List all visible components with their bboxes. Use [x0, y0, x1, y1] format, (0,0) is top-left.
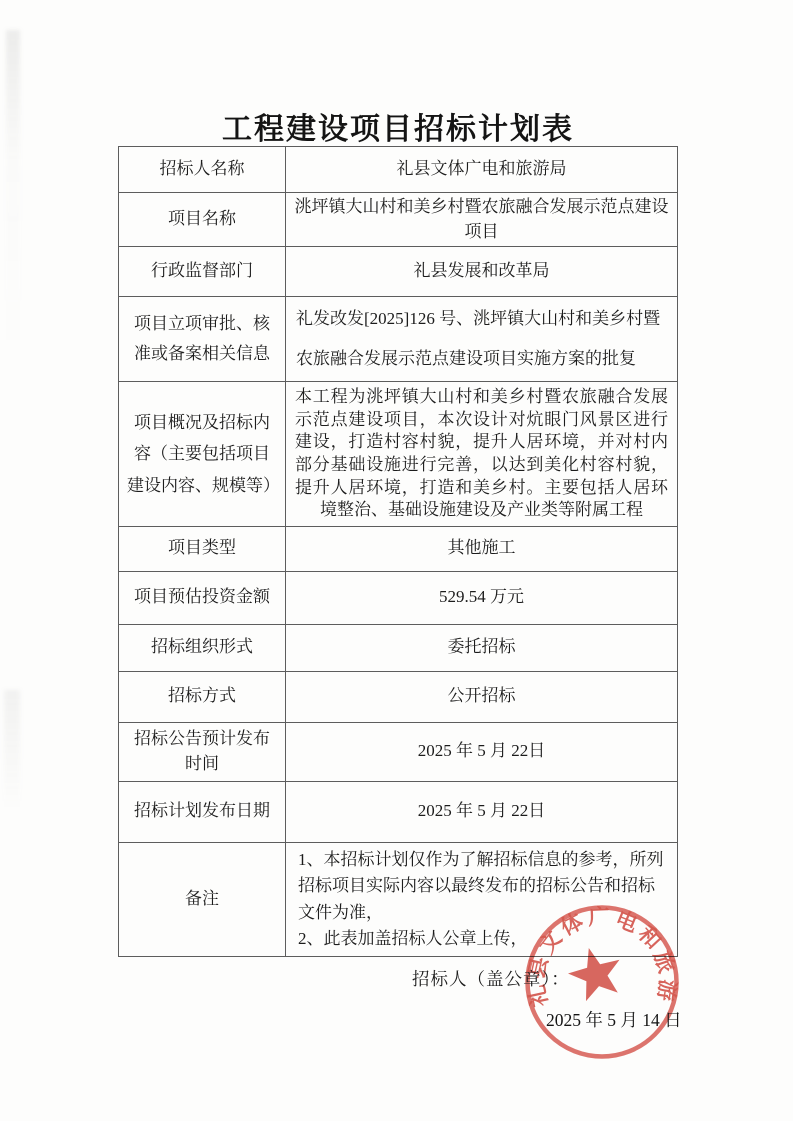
row-value: 礼发改发[2025]126 号、洮坪镇大山村和美乡村暨农旅融合发展示范点建设项目… [286, 297, 678, 382]
row-value: 其他施工 [286, 526, 678, 571]
row-label: 项目预估投资金额 [119, 571, 286, 624]
row-value: 委托招标 [286, 624, 678, 671]
table-row: 项目预估投资金额 529.54 万元 [119, 571, 678, 624]
document-title: 工程建设项目招标计划表 [118, 104, 678, 148]
row-label: 项目类型 [119, 526, 286, 571]
row-value: 2025 年 5 月 22日 [286, 781, 678, 842]
table-row: 行政监督部门 礼县发展和改革局 [119, 247, 678, 297]
row-label: 招标人名称 [119, 147, 286, 193]
row-label: 备注 [119, 842, 286, 956]
row-value: 2025 年 5 月 22日 [286, 722, 678, 781]
table-row: 招标计划发布日期 2025 年 5 月 22日 [119, 781, 678, 842]
seal-text: 礼县文体广电和旅游局 [523, 903, 681, 1009]
bidding-plan-table: 招标人名称 礼县文体广电和旅游局 项目名称 洮坪镇大山村和美乡村暨农旅融合发展示… [118, 146, 678, 957]
row-label: 招标组织形式 [119, 624, 286, 671]
table-row: 项目概况及招标内容（主要包括项目建设内容、规模等） 本工程为洮坪镇大山村和美乡村… [119, 382, 678, 527]
svg-text:礼县文体广电和旅游局: 礼县文体广电和旅游局 [523, 903, 681, 1009]
table-row: 招标组织形式 委托招标 [119, 624, 678, 671]
scan-edge-artifact [6, 30, 20, 360]
footer-date: 2025 年 5 月 14 日 [546, 1007, 682, 1032]
signer-label: 招标人（盖公章）： [412, 966, 570, 991]
table-row: 项目名称 洮坪镇大山村和美乡村暨农旅融合发展示范点建设项目 [119, 193, 678, 247]
row-value: 洮坪镇大山村和美乡村暨农旅融合发展示范点建设项目 [286, 193, 678, 247]
table-row: 招标人名称 礼县文体广电和旅游局 [119, 147, 678, 193]
table-row: 招标方式 公开招标 [119, 671, 678, 722]
row-label: 行政监督部门 [119, 247, 286, 297]
scanned-document-page: 工程建设项目招标计划表 招标人名称 礼县文体广电和旅游局 项目名称 洮坪镇大山村… [0, 0, 793, 1121]
row-value: 公开招标 [286, 671, 678, 722]
row-value: 529.54 万元 [286, 571, 678, 624]
scan-edge-artifact [4, 690, 20, 810]
table-row: 项目类型 其他施工 [119, 526, 678, 571]
row-label: 项目立项审批、核准或备案相关信息 [119, 297, 286, 382]
table-row: 项目立项审批、核准或备案相关信息 礼发改发[2025]126 号、洮坪镇大山村和… [119, 297, 678, 382]
row-label: 项目名称 [119, 193, 286, 247]
row-value: 礼县文体广电和旅游局 [286, 147, 678, 193]
row-label: 项目概况及招标内容（主要包括项目建设内容、规模等） [119, 382, 286, 527]
row-label: 招标方式 [119, 671, 286, 722]
table-row: 招标公告预计发布时间 2025 年 5 月 22日 [119, 722, 678, 781]
row-label: 招标计划发布日期 [119, 781, 286, 842]
seal-star-icon [568, 948, 620, 1001]
row-value: 礼县发展和改革局 [286, 247, 678, 297]
row-value: 本工程为洮坪镇大山村和美乡村暨农旅融合发展示范点建设项目，本次设计对炕眼门风景区… [286, 382, 678, 527]
row-label: 招标公告预计发布时间 [119, 722, 286, 781]
